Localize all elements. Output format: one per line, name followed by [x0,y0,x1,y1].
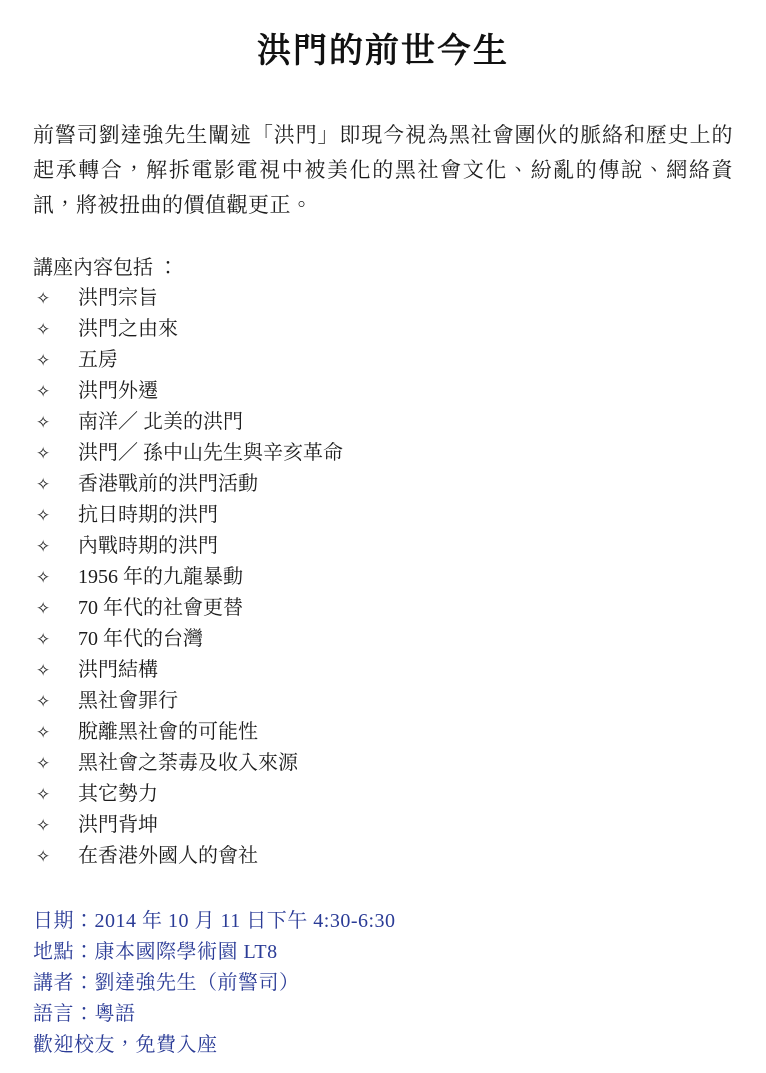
topic-label: 南洋／ 北美的洪門 [78,407,733,437]
diamond-bullet-icon: ✧ [33,532,78,562]
topic-label: 黑社會罪行 [78,686,733,716]
diamond-bullet-icon: ✧ [33,346,78,376]
diamond-bullet-icon: ✧ [33,749,78,779]
page-title: 洪門的前世今生 [33,28,733,74]
intro-paragraph: 前警司劉達強先生闡述「洪門」即現今視為黑社會團伙的脈絡和歷史上的起承轉合，解拆電… [33,118,733,223]
topic-label: 洪門外遷 [78,376,733,406]
diamond-bullet-icon: ✧ [33,470,78,500]
topic-list-item: ✧ 南洋／ 北美的洪門 [33,407,733,438]
diamond-bullet-icon: ✧ [33,687,78,717]
diamond-bullet-icon: ✧ [33,284,78,314]
topic-list-item: ✧ 黑社會罪行 [33,686,733,717]
topic-label: 內戰時期的洪門 [78,531,733,561]
diamond-bullet-icon: ✧ [33,594,78,624]
diamond-bullet-icon: ✧ [33,408,78,438]
topic-list-item: ✧ 內戰時期的洪門 [33,531,733,562]
topic-list-item: ✧ 在香港外國人的會社 [33,841,733,872]
topic-label: 洪門／ 孫中山先生與辛亥革命 [78,438,733,468]
topic-label: 70 年代的社會更替 [78,593,733,623]
topic-label: 洪門結構 [78,655,733,685]
topic-list-item: ✧ 香港戰前的洪門活動 [33,469,733,500]
topic-label: 洪門宗旨 [78,283,733,313]
diamond-bullet-icon: ✧ [33,315,78,345]
diamond-bullet-icon: ✧ [33,780,78,810]
topic-list-item: ✧ 70 年代的台灣 [33,624,733,655]
topic-label: 黑社會之荼毒及收入來源 [78,748,733,778]
topic-list-item: ✧ 脫離黑社會的可能性 [33,717,733,748]
topic-list-item: ✧ 洪門背坤 [33,810,733,841]
diamond-bullet-icon: ✧ [33,563,78,593]
diamond-bullet-icon: ✧ [33,501,78,531]
diamond-bullet-icon: ✧ [33,842,78,872]
topic-list-item: ✧ 洪門宗旨 [33,283,733,314]
topic-list-item: ✧ 五房 [33,345,733,376]
topic-list-item: ✧ 1956 年的九龍暴動 [33,562,733,593]
diamond-bullet-icon: ✧ [33,718,78,748]
topic-label: 70 年代的台灣 [78,624,733,654]
topic-label: 在香港外國人的會社 [78,841,733,871]
event-detail-line: 講者：劉達強先生（前警司） [33,968,733,999]
diamond-bullet-icon: ✧ [33,625,78,655]
topic-label: 其它勢力 [78,779,733,809]
topic-label: 1956 年的九龍暴動 [78,562,733,592]
event-detail-line: 語言：粵語 [33,999,733,1030]
topics-list: ✧ 洪門宗旨 ✧ 洪門之由來 ✧ 五房 ✧ 洪門外遷 ✧ 南洋／ 北美的洪門 [33,283,733,872]
diamond-bullet-icon: ✧ [33,439,78,469]
diamond-bullet-icon: ✧ [33,811,78,841]
topic-list-item: ✧ 70 年代的社會更替 [33,593,733,624]
event-detail-line: 歡迎校友，免費入座 [33,1030,733,1061]
topic-label: 洪門背坤 [78,810,733,840]
event-detail-line: 日期：2014 年 10 月 11 日下午 4:30-6:30 [33,906,733,937]
topic-list-item: ✧ 黑社會之荼毒及收入來源 [33,748,733,779]
topic-label: 五房 [78,345,733,375]
list-header: 講座內容包括 ： [33,253,733,283]
topic-label: 抗日時期的洪門 [78,500,733,530]
topic-list-item: ✧ 洪門外遷 [33,376,733,407]
topic-list-item: ✧ 洪門之由來 [33,314,733,345]
event-details: 日期：2014 年 10 月 11 日下午 4:30-6:30 地點：康本國際學… [33,906,733,1061]
event-detail-line: 地點：康本國際學術園 LT8 [33,937,733,968]
flyer-page: 洪門的前世今生 前警司劉達強先生闡述「洪門」即現今視為黑社會團伙的脈絡和歷史上的… [0,0,766,1073]
topic-label: 香港戰前的洪門活動 [78,469,733,499]
topic-list-item: ✧ 洪門結構 [33,655,733,686]
diamond-bullet-icon: ✧ [33,656,78,686]
diamond-bullet-icon: ✧ [33,377,78,407]
topic-list-item: ✧ 洪門／ 孫中山先生與辛亥革命 [33,438,733,469]
topic-list-item: ✧ 抗日時期的洪門 [33,500,733,531]
topic-label: 脫離黑社會的可能性 [78,717,733,747]
topic-list-item: ✧ 其它勢力 [33,779,733,810]
topic-label: 洪門之由來 [78,314,733,344]
